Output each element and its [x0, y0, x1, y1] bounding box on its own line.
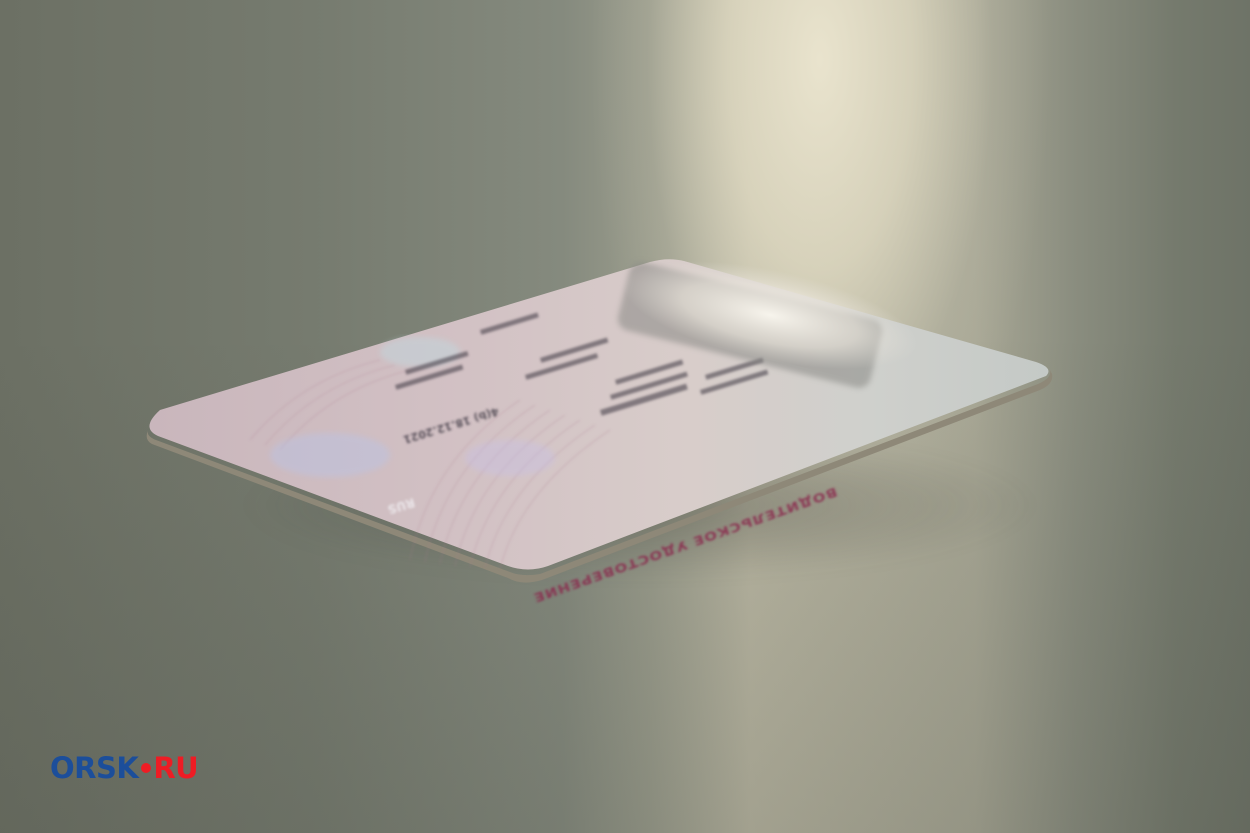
driver-license-card: ВОДИТЕЛЬСКОЕ УДОСТОВЕРЕНИЕ 4(b) 18.12.20… — [0, 0, 1250, 833]
orsk-ru-watermark: ORSKRU — [50, 752, 198, 784]
watermark-left: ORSK — [50, 752, 138, 784]
watermark-right: RU — [153, 752, 198, 784]
watermark-dot-icon — [141, 763, 151, 773]
card-face — [149, 259, 1048, 569]
card-illustration: ВОДИТЕЛЬСКОЕ УДОСТОВЕРЕНИЕ 4(b) 18.12.20… — [0, 0, 1250, 833]
